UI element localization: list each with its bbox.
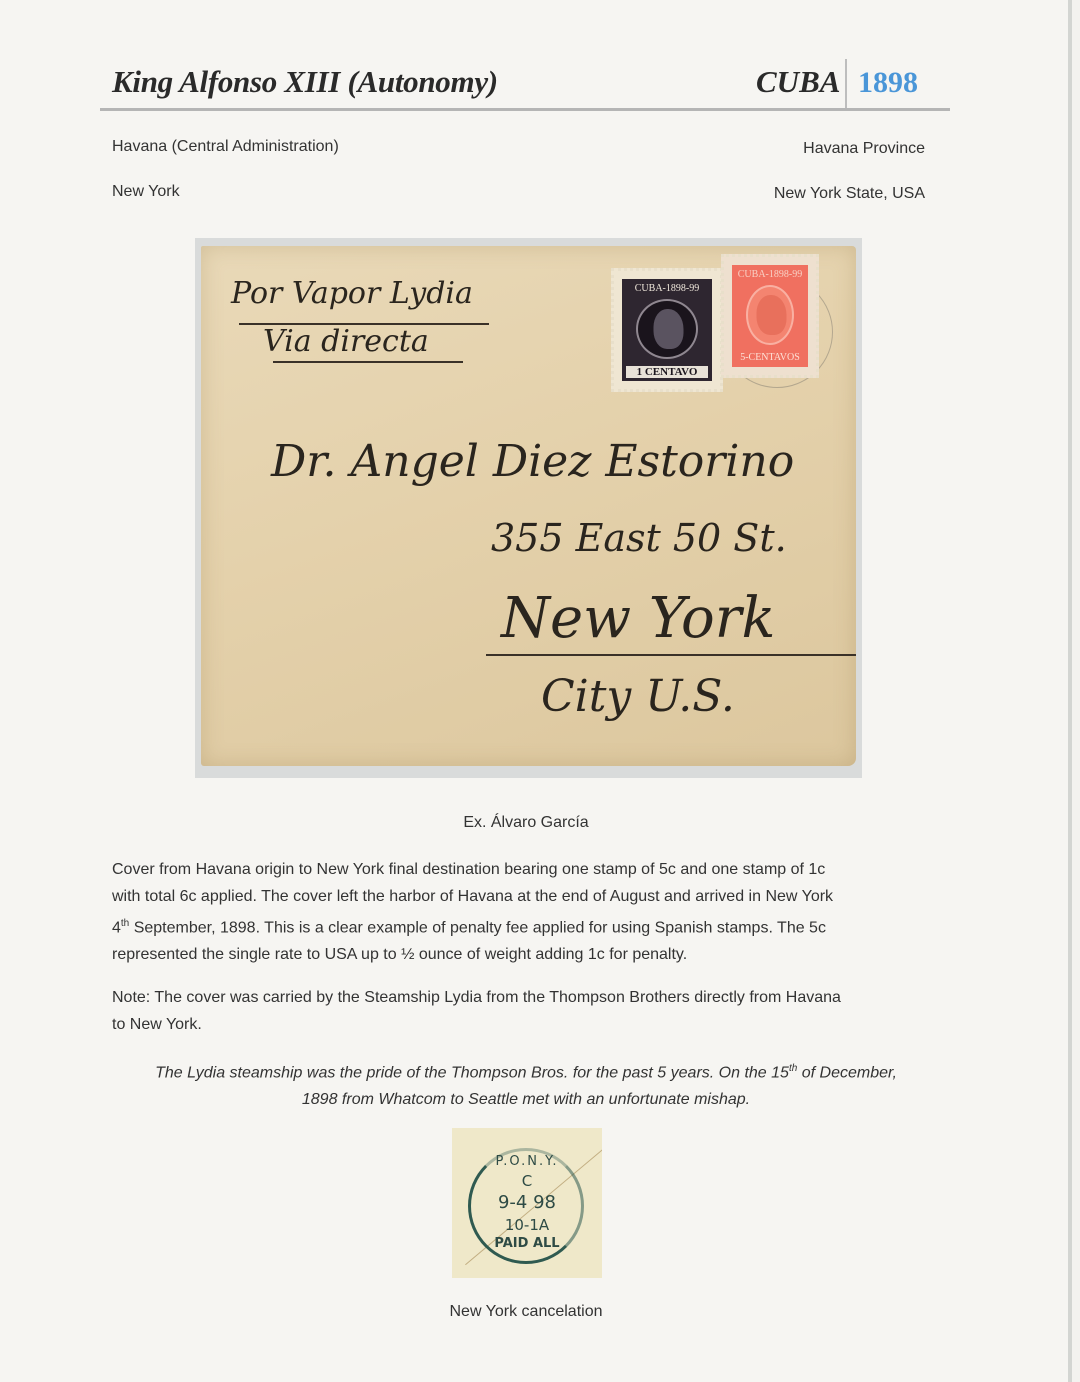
cancelation-caption: New York cancelation	[0, 1303, 1052, 1321]
stamp-1-value: 1 CENTAVO	[626, 366, 708, 378]
page-title: King Alfonso XIII (Autonomy)	[112, 64, 498, 100]
description-line-4: represented the single rate to USA up to…	[112, 941, 942, 968]
stamp-2-value: 5-CENTAVOS	[736, 352, 804, 363]
note-line-2: to New York.	[112, 1011, 942, 1038]
stamp-5-centavos: CUBA-1898-99 5-CENTAVOS	[721, 254, 819, 378]
note-line-1: Note: The cover was carried by the Steam…	[112, 984, 942, 1011]
quote-line-2: 1898 from Whatcom to Seattle met with an…	[100, 1086, 952, 1113]
cover-envelope: Por Vapor Lydia Via directa CUBA-1898-99…	[201, 246, 856, 766]
country-label: CUBA	[756, 64, 840, 100]
cancel-text-time: 10-1A	[452, 1216, 602, 1234]
routing-line-2: Via directa	[263, 324, 429, 359]
note-paragraph: Note: The cover was carried by the Steam…	[112, 984, 942, 1038]
address-line-4: City U.S.	[541, 671, 735, 722]
stamp-2-country: CUBA-1898-99	[736, 269, 804, 280]
year-label: 1898	[858, 66, 918, 100]
cancel-text-date: 9-4 98	[452, 1192, 602, 1213]
description-line-2: with total 6c applied. The cover left th…	[112, 883, 942, 910]
header-divider	[845, 59, 847, 109]
origin-region: Havana Province	[803, 140, 925, 158]
stamp-1-country: CUBA-1898-99	[626, 283, 708, 294]
description-line-3: 4th September, 1898. This is a clear exa…	[112, 910, 942, 941]
cancel-text-station: C	[452, 1172, 602, 1190]
cancel-text-paid: PAID ALL	[452, 1236, 602, 1251]
album-page: King Alfonso XIII (Autonomy) CUBA 1898 H…	[0, 0, 1072, 1382]
header-rule	[100, 108, 950, 111]
lydia-quote: The Lydia steamship was the pride of the…	[100, 1055, 952, 1113]
quote-line-1: The Lydia steamship was the pride of the…	[100, 1055, 952, 1086]
origin-office: Havana (Central Administration)	[112, 138, 339, 156]
address-underline	[486, 654, 856, 656]
address-line-1: Dr. Angel Diez Estorino	[271, 436, 794, 487]
destination-office: New York	[112, 183, 180, 201]
description-paragraph: Cover from Havana origin to New York fin…	[112, 856, 942, 968]
address-line-2: 355 East 50 St.	[491, 516, 787, 560]
destination-region: New York State, USA	[774, 185, 925, 203]
new-york-cancel-image: P.O.N.Y. C 9-4 98 10-1A PAID ALL	[452, 1128, 602, 1278]
stamp-1-portrait	[636, 299, 698, 359]
cancel-text-office: P.O.N.Y.	[452, 1154, 602, 1169]
address-line-3: New York	[501, 586, 775, 651]
provenance-caption: Ex. Álvaro García	[0, 814, 1052, 832]
routing-underline-2	[273, 361, 463, 363]
stamp-2-portrait	[746, 285, 794, 345]
routing-line-1: Por Vapor Lydia	[231, 276, 473, 311]
description-line-1: Cover from Havana origin to New York fin…	[112, 856, 942, 883]
stamp-1-centavo: CUBA-1898-99 1 CENTAVO	[611, 268, 723, 392]
